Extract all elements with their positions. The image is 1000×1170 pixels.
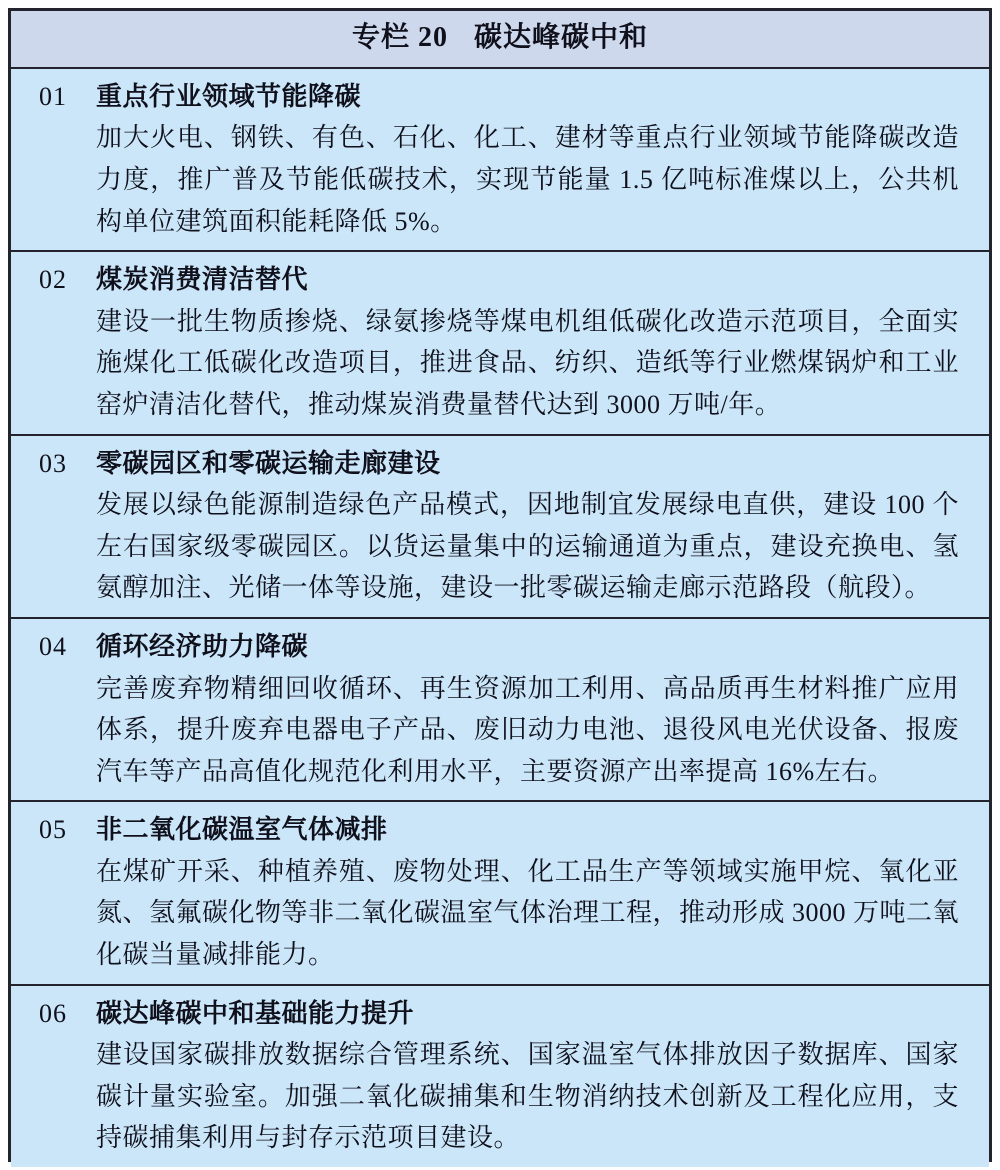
- section-heading-row: 01 重点行业领域节能降碳: [39, 76, 959, 118]
- policy-box-panel: 专栏 20碳达峰碳中和 01 重点行业领域节能降碳 加大火电、钢铁、有色、石化、…: [8, 8, 992, 1162]
- section-heading: 循环经济助力降碳: [96, 626, 308, 668]
- section-body: 建设一批生物质掺烧、绿氨掺烧等煤电机组低碳化改造示范项目，全面实施煤化工低碳化改…: [96, 301, 959, 426]
- section-heading-row: 06 碳达峰碳中和基础能力提升: [39, 993, 959, 1035]
- section-heading: 非二氧化碳温室气体减排: [96, 809, 388, 851]
- section-03: 03 零碳园区和零碳运输走廊建设 发展以绿色能源制造绿色产品模式，因地制宜发展绿…: [11, 434, 989, 617]
- section-body: 建设国家碳排放数据综合管理系统、国家温室气体排放因子数据库、国家碳计量实验室。加…: [96, 1034, 959, 1159]
- section-05: 05 非二氧化碳温室气体减排 在煤矿开采、种植养殖、废物处理、化工品生产等领域实…: [11, 800, 989, 983]
- section-number: 01: [39, 76, 96, 118]
- section-heading: 煤炭消费清洁替代: [96, 259, 308, 301]
- section-number: 03: [39, 443, 96, 485]
- section-number: 06: [39, 993, 96, 1035]
- section-number: 04: [39, 626, 96, 668]
- panel-title-label: 专栏 20: [352, 22, 448, 53]
- section-body: 加大火电、钢铁、有色、石化、化工、建材等重点行业领域节能降碳改造力度，推广普及节…: [96, 117, 959, 242]
- section-heading: 重点行业领域节能降碳: [96, 76, 361, 118]
- section-number: 02: [39, 259, 96, 301]
- panel-title-text: 碳达峰碳中和: [474, 22, 648, 53]
- section-heading: 碳达峰碳中和基础能力提升: [96, 993, 414, 1035]
- section-04: 04 循环经济助力降碳 完善废弃物精细回收循环、再生资源加工利用、高品质再生材料…: [11, 617, 989, 800]
- section-01: 01 重点行业领域节能降碳 加大火电、钢铁、有色、石化、化工、建材等重点行业领域…: [11, 67, 989, 250]
- section-heading-row: 02 煤炭消费清洁替代: [39, 259, 959, 301]
- section-number: 05: [39, 809, 96, 851]
- section-heading: 零碳园区和零碳运输走廊建设: [96, 443, 441, 485]
- document-page: 专栏 20碳达峰碳中和 01 重点行业领域节能降碳 加大火电、钢铁、有色、石化、…: [0, 0, 1000, 1170]
- section-heading-row: 03 零碳园区和零碳运输走廊建设: [39, 443, 959, 485]
- panel-title: 专栏 20碳达峰碳中和: [11, 11, 989, 67]
- section-body: 完善废弃物精细回收循环、再生资源加工利用、高品质再生材料推广应用体系，提升废弃电…: [96, 668, 959, 793]
- section-06: 06 碳达峰碳中和基础能力提升 建设国家碳排放数据综合管理系统、国家温室气体排放…: [11, 984, 989, 1167]
- section-body: 发展以绿色能源制造绿色产品模式，因地制宜发展绿电直供，建设 100 个左右国家级…: [96, 484, 959, 609]
- section-heading-row: 05 非二氧化碳温室气体减排: [39, 809, 959, 851]
- section-body: 在煤矿开采、种植养殖、废物处理、化工品生产等领域实施甲烷、氧化亚氮、氢氟碳化物等…: [96, 851, 959, 976]
- section-02: 02 煤炭消费清洁替代 建设一批生物质掺烧、绿氨掺烧等煤电机组低碳化改造示范项目…: [11, 250, 989, 433]
- section-heading-row: 04 循环经济助力降碳: [39, 626, 959, 668]
